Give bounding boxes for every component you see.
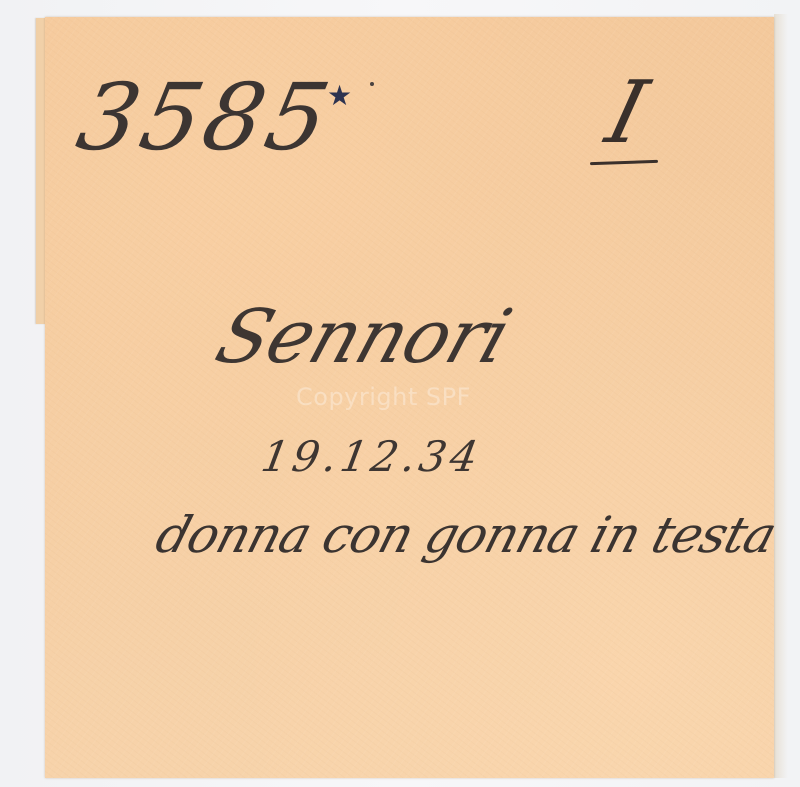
place-name: Sennori <box>208 300 518 374</box>
paper-shadow-edge <box>774 14 788 778</box>
catalog-number: 3585 <box>70 72 340 164</box>
date-text: 19.12.34 <box>258 436 484 478</box>
star-icon: ★ <box>327 82 352 110</box>
dot-mark <box>370 82 374 86</box>
description-text: donna con gonna in testa <box>151 510 781 560</box>
copyright-watermark: Copyright SPF <box>296 383 471 411</box>
